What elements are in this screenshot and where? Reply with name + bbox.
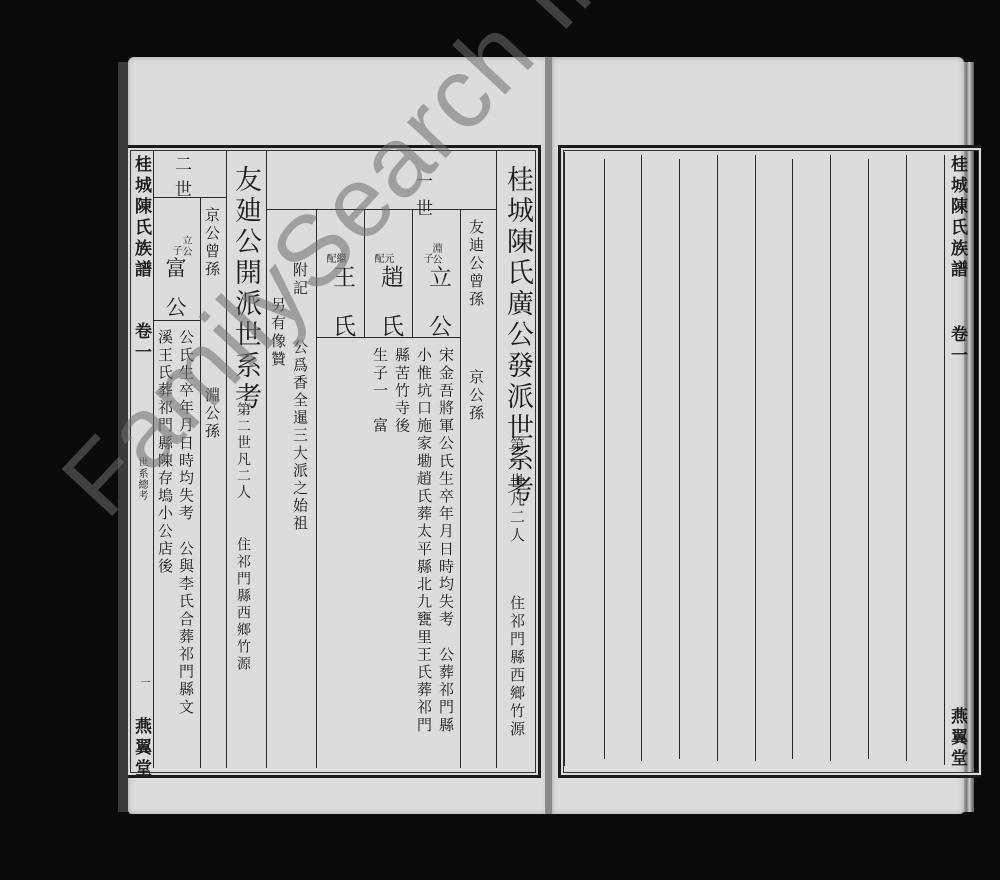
section1-son-label: 子: [421, 253, 431, 264]
column-rule: [868, 159, 869, 759]
spouse2-name: 王氏: [330, 265, 353, 363]
section2-father-note: 立公: [180, 235, 190, 257]
column-rule: [717, 155, 718, 761]
section1-bio-col-4: 生子一 富: [372, 347, 387, 435]
section1-residence: 住祁門縣西鄉竹源: [509, 595, 524, 739]
section2-bio-col-2: 溪王氏葬祁門縣陳存塢小公店後: [157, 329, 172, 575]
right-page: 桂城陳氏族譜 卷一 燕翼堂: [552, 57, 964, 814]
generation-row-rule: [266, 209, 496, 210]
relation2-rule: [200, 197, 201, 768]
title2-rule: [226, 150, 227, 768]
section2-relation-2: 淵公孫: [204, 387, 219, 441]
spine-title: 桂城陳氏族譜: [132, 155, 149, 281]
hall-name-right: 燕翼堂: [948, 707, 965, 770]
right-page-frame: [558, 145, 981, 778]
spine-title-right: 桂城陳氏族譜: [948, 155, 965, 281]
margin-rule: [153, 150, 154, 768]
section2-bio-col-1: 公氏生卒年月日時均失考 公與李氏合葬祁門縣文: [178, 329, 193, 716]
appendix-rule: [316, 337, 317, 768]
column-rule: [604, 159, 605, 759]
section1-bio-col-1: 宋金吾將軍公氏生卒年月日時均失考 公葬祁門縣: [438, 347, 453, 734]
left-page: 桂城陳氏族譜 卷一 世系總考 一 燕翼堂 桂城陳氏廣公發派世系考 第一世凡二人 …: [128, 57, 548, 814]
section1-generation-note: 第一世凡二人: [509, 437, 524, 545]
spouse1-label: 元: [382, 253, 392, 264]
section2-person-name: 富公: [164, 257, 185, 335]
cell-rule: [412, 209, 413, 337]
section2-generation-note: 第二世凡二人: [236, 402, 250, 501]
cell-rule: [364, 209, 365, 337]
cell-rule: [316, 209, 317, 337]
section2-generation-header: 二世: [172, 155, 189, 205]
column-rule: [679, 159, 680, 759]
section1-bio-col-2: 小惟坑口施家墈趙氏葬太平縣北九甕里王氏葬祁門: [416, 347, 431, 734]
section1-appendix-text-2: 另有像贊: [270, 297, 285, 369]
page-number: 一: [138, 677, 148, 688]
section1-relation-1: 友迪公曾孫: [468, 219, 483, 309]
title-rule: [496, 150, 497, 768]
column-rule: [830, 155, 831, 761]
section2-residence: 住祁門縣西鄉竹源: [236, 537, 250, 673]
section2-relation-1: 京公曾孫: [204, 207, 219, 279]
spouse1-role: 配: [372, 253, 382, 264]
section1-relation-2: 京公孫: [468, 369, 483, 423]
section1-bio-col-3: 縣苦竹寺後: [394, 347, 409, 435]
spouse2-label: 繼: [334, 253, 344, 264]
section-divider: [266, 150, 267, 768]
column-rule: [641, 155, 642, 761]
spouse2-role: 配: [324, 253, 334, 264]
column-rule: [906, 155, 907, 761]
column-rule: [564, 152, 565, 766]
hall-name: 燕翼堂: [132, 717, 149, 780]
section2-title: 友廸公開派世系考: [232, 165, 259, 413]
section1-generation-header: 一世: [413, 172, 430, 226]
section1-appendix-text: 公爲香全暹三大派之始祖: [292, 339, 307, 533]
section-label: 世系總考: [136, 457, 146, 501]
section2-son-label: 子: [170, 245, 180, 256]
volume-label-right: 卷一: [948, 325, 965, 367]
column-rule: [792, 159, 793, 759]
relation-rule: [460, 209, 461, 768]
volume-label: 卷一: [132, 322, 149, 364]
column-rule: [755, 155, 756, 761]
column-rule: [944, 155, 945, 765]
section1-appendix-label: 附記: [292, 262, 307, 298]
